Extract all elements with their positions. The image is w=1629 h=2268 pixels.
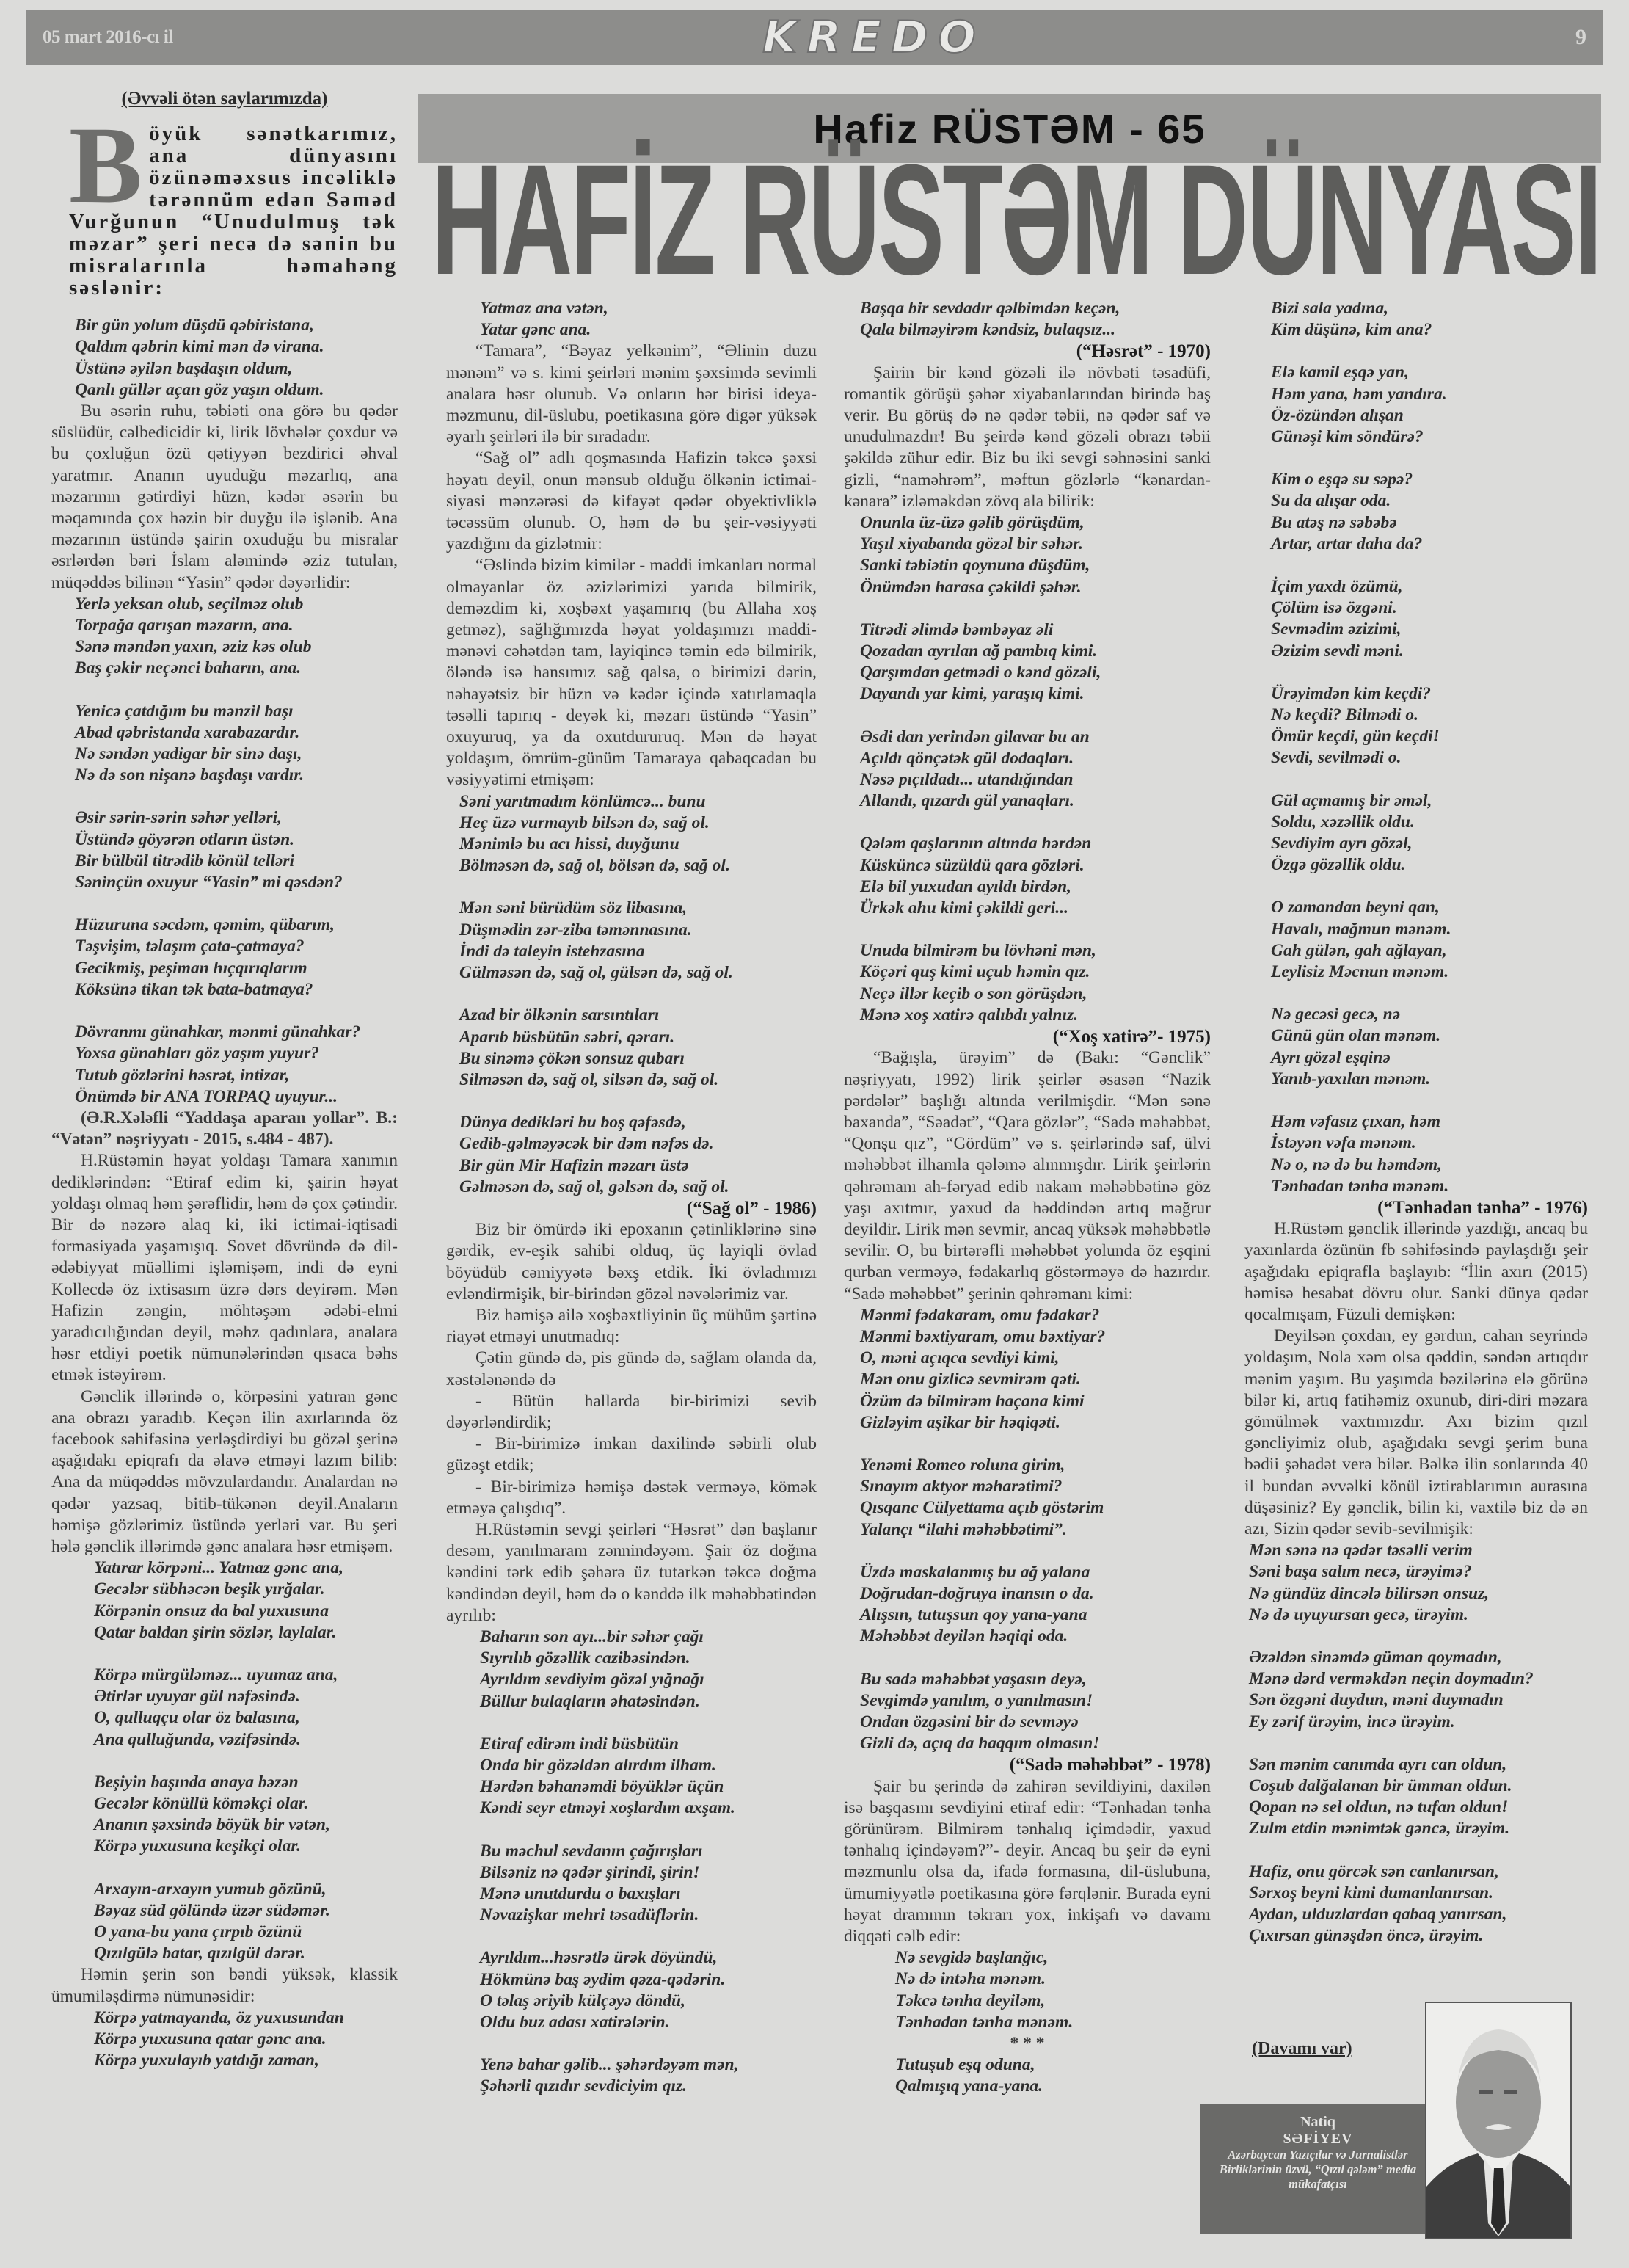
verse-line: Abad qəbristanda xarabazardır.: [75, 722, 398, 744]
body-paragraph: Bu əsərin ruhu, təbiəti ona görə bu qədə…: [51, 401, 398, 594]
verse-line: Qozadan ayrılan ağ pambıq kimi.: [860, 641, 1211, 662]
verse-line: Yenə bahar gəlib... şəhərdəyəm mən,: [480, 2054, 817, 2076]
portrait-image: [1426, 2003, 1570, 2238]
verse-line: Büllur bulaqların əhatəsindən.: [480, 1691, 817, 1712]
verse-line: İçim yaxdı özümü,: [1271, 576, 1588, 597]
verse-line: Əsir sərin-sərin səhər yelləri,: [75, 807, 398, 829]
verse-line: İstəyən vəfa mənəm.: [1271, 1133, 1588, 1154]
verse-line: Titrədi əlimdə bəmbəyaz əli: [860, 619, 1211, 641]
verse-line: Sevmədim əzizimi,: [1271, 619, 1588, 640]
poem-stanza: Elə kamil eşqə yan,Həm yana, həm yandıra…: [1271, 362, 1588, 448]
verse-line: Onunla üz-üzə gəlib görüşdüm,: [860, 512, 1211, 534]
stanza-gap: [844, 1541, 1211, 1562]
stanza-gap: [446, 1926, 817, 1947]
poem-stanza: Əzəldən sinəmdə güman qoymadın,Mənə dərd…: [1249, 1647, 1588, 1733]
verse-line: Gedib-gəlməyəcək bir dəm nəfəs də.: [459, 1133, 817, 1155]
poem-stanza: Yenə bahar gəlib... şəhərdəyəm mən,Şəhər…: [480, 2054, 817, 2097]
verse-line: Sanki təbiətin qoynuna düşdüm,: [860, 555, 1211, 576]
poem-stanza: Qələm qaşlarının altında hərdənKüsküncə …: [860, 833, 1211, 919]
verse-line: Ayrı gözəl eşqinə: [1271, 1047, 1588, 1069]
poem-stanza: Səni yarıtmadım könlümcə... bunuHeç üzə …: [459, 791, 817, 877]
body-paragraph: Deyilsən çoxdan, ey gərdun, cahan seyrin…: [1244, 1326, 1588, 1540]
poem-stanza: Ürəyimdən kim keçdi?Nə keçdi? Bilmədi o.…: [1271, 683, 1588, 769]
verse-line: Dövranmı günahkar, mənmi günahkar?: [75, 1022, 398, 1043]
verse-line: Sevdi, sevilmədi o.: [1271, 747, 1588, 768]
body-paragraph: - Bir-birimizə həmişə dəstək verməyə, kö…: [446, 1477, 817, 1519]
verse-line: Alışsın, tutuşsun qoy yana-yana: [860, 1604, 1211, 1626]
poem-stanza: Yatırar körpəni... Yatmaz gənc ana,Gecəl…: [94, 1558, 398, 1643]
verse-line: Gizləyim aşikar bir həqiqəti.: [860, 1412, 1211, 1433]
stanza-gap: [844, 919, 1211, 940]
poem-stanza: Yenəmi Romeo roluna girim,Sınayım aktyor…: [860, 1455, 1211, 1541]
verse-line: Dayandı yar kimi, yaraşıq kimi.: [860, 683, 1211, 705]
stanza-gap: [51, 1858, 398, 1879]
verse-line: Bu sadə məhəbbət yaşasın deyə,: [860, 1669, 1211, 1690]
column-2: Yatmaz ana vətən,Yatar gənc ana. “Tamara…: [446, 298, 817, 2098]
verse-line: Ürəyimdən kim keçdi?: [1271, 683, 1588, 705]
verse-line: Yenicə çatdığım bu mənzil başı: [75, 701, 398, 722]
verse-line: Etiraf edirəm indi büsbütün: [480, 1734, 817, 1755]
verse-line: Bəyaz süd gölündə üzər südəmər.: [94, 1900, 398, 1922]
verse-line: Qarşımdan getmədi o kənd gözəli,: [860, 662, 1211, 683]
verse-line: Zulm etdin mənimtək gəncə, ürəyim.: [1249, 1818, 1588, 1839]
verse-line: Sevdiyim ayrı gözəl,: [1271, 833, 1588, 854]
verse-line: Bir gün yolum düşdü qəbiristana,: [75, 315, 398, 336]
verse-line: Üzdə maskalanmış bu ağ yalana: [860, 1562, 1211, 1583]
verse-line: Köksünə tikan tək bata-batmaya?: [75, 979, 398, 1000]
poem-stanza: Nə gecəsi gecə, nəGünü gün olan mənəm.Ay…: [1271, 1004, 1588, 1090]
poem-source: (“Xoş xatirə”- 1975): [844, 1026, 1211, 1047]
poem-stanza: Hafiz, onu görcək sən canlanırsan,Sərxoş…: [1249, 1861, 1588, 1947]
verse-line: Səni başa salım necə, ürəyimə?: [1249, 1561, 1588, 1582]
intro-paragraph: Böyük sənətkarımız, ana dünyasını özünəm…: [69, 123, 398, 299]
verse-line: O, qulluqçu olar öz balasına,: [94, 1707, 398, 1729]
verse-line: Üstündə göyərən otların üstən.: [75, 829, 398, 851]
verse-line: Bu məchul sevdanın çağırışları: [480, 1841, 817, 1862]
stanza-gap: [1244, 662, 1588, 683]
stanza-gap: [51, 680, 398, 701]
poem-stanza: Arxayın-arxayın yumub gözünü,Bəyaz süd g…: [94, 1879, 398, 1965]
body-paragraph: - Bütün hallarda bir-birimizi sevib dəyə…: [446, 1391, 817, 1433]
section-separator: * * *: [844, 2033, 1211, 2054]
verse-line: Gül açmamış bir əməl,: [1271, 790, 1588, 812]
verse-line: Çölüm isə özgəni.: [1271, 597, 1588, 619]
verse-line: Mənmi fədakaram, omu fədakar?: [860, 1305, 1211, 1326]
stanza-gap: [844, 812, 1211, 833]
stanza-gap: [446, 876, 817, 898]
poem-stanza: Başqa bir sevdadır qəlbimdən keçən,Qala …: [860, 298, 1211, 341]
verse-line: Köçəri quş kimi uçub həmin qız.: [860, 962, 1211, 983]
stanza-gap: [1244, 341, 1588, 362]
stanza-gap: [1244, 876, 1588, 897]
verse-line: Nə gecəsi gecə, nə: [1271, 1004, 1588, 1025]
verse-line: Özgə gözəllik oldu.: [1271, 854, 1588, 876]
verse-line: Kəndi seyr etməyi xoşlardım axşam.: [480, 1798, 817, 1819]
verse-line: Yalançı “ilahi məhəbbətimi”.: [860, 1519, 1211, 1541]
verse-line: Dünya dedikləri bu boş qəfəsdə,: [459, 1112, 817, 1133]
poem: Səni yarıtmadım könlümcə... bunuHeç üzə …: [446, 791, 817, 1198]
issue-date: 05 mart 2016-cı il: [43, 27, 173, 48]
verse-line: Çıxırsan günəşdən öncə, ürəyim.: [1249, 1925, 1588, 1947]
poem-stanza: Bu məchul sevdanın çağırışlarıBilsəniz n…: [480, 1841, 817, 1927]
verse-line: Yerlə yeksan olub, seçilməz olub: [75, 594, 398, 615]
poem: Yerlə yeksan olub, seçilməz olubTorpağa …: [51, 594, 398, 1108]
body-paragraph: H.Rüstəmin həyat yoldaşı Tamara xanımın …: [51, 1150, 398, 1386]
verse-line: Tənhadan tənha mənəm.: [1271, 1176, 1588, 1197]
stanza-gap: [1244, 1090, 1588, 1111]
stanza-gap: [446, 1820, 817, 1841]
verse-line: Qızılgülə batar, qızılgül dərər.: [94, 1943, 398, 1964]
verse-line: Leylisiz Məcnun mənəm.: [1271, 962, 1588, 983]
poem-stanza: Üzdə maskalanmış bu ağ yalanaDoğrudan-do…: [860, 1562, 1211, 1648]
verse-line: Qalmışıq yana-yana.: [895, 2076, 1211, 2097]
verse-line: Sevgimdə yanılım, o yanılmasın!: [860, 1690, 1211, 1712]
citation: (Ə.R.Xələfli “Yaddaşa aparan yollar”. B.…: [51, 1108, 398, 1150]
verse-line: Ömür keçdi, gün keçdi!: [1271, 726, 1588, 747]
stanza-gap: [51, 1751, 398, 1772]
poem-stanza: İçim yaxdı özümü,Çölüm isə özgəni.Sevməd…: [1271, 576, 1588, 662]
verse-line: Günəşi kim söndürə?: [1271, 426, 1588, 448]
verse-line: Artar, artar daha da?: [1271, 534, 1588, 555]
verse-line: Nə keçdi? Bilmədi o.: [1271, 705, 1588, 726]
verse-line: Bilsəniz nə qədər şirindi, şirin!: [480, 1862, 817, 1883]
verse-line: Onda bir gözəldən alırdım ilham.: [480, 1755, 817, 1776]
verse-line: Qaldım qəbrin kimi mən də virana.: [75, 336, 398, 357]
verse-line: Bu atəş nə səbəbə: [1271, 512, 1588, 534]
verse-line: Məhəbbət deyilən həqiqi oda.: [860, 1626, 1211, 1647]
verse-line: Yanıb-yaxılan mənəm.: [1271, 1069, 1588, 1090]
verse-line: Mən sənə nə qədər təsəlli verim: [1249, 1540, 1588, 1561]
column-3: Başqa bir sevdadır qəlbimdən keçən,Qala …: [844, 298, 1211, 2098]
verse-line: Yatırar körpəni... Yatmaz gənc ana,: [94, 1558, 398, 1579]
verse-line: Nə gündüz dincələ bilirsən onsuz,: [1249, 1583, 1588, 1604]
verse-line: Beşiyin başında anaya bəzən: [94, 1772, 398, 1793]
verse-line: Öz-özündən alışan: [1271, 405, 1588, 426]
poem-stanza: Unuda bilmirəm bu lövhəni mən,Köçəri quş…: [860, 940, 1211, 1026]
verse-line: Nəvazişkar mehri təsadüflərin.: [480, 1905, 817, 1926]
verse-line: Nə səndən yadigar bir sinə daşı,: [75, 744, 398, 765]
stanza-gap: [446, 1091, 817, 1112]
verse-line: Kim o eşqə su səpə?: [1271, 469, 1588, 490]
body-paragraph: Şairin bir kənd gözəli ilə növbəti təsad…: [844, 363, 1211, 512]
verse-line: Üstünə əyilən başdaşın oldum,: [75, 358, 398, 379]
poem-stanza: Həm vəfasız çıxan, həmİstəyən vəfa mənəm…: [1271, 1111, 1588, 1197]
verse-line: Körpənin onsuz da bal yuxusuna: [94, 1601, 398, 1622]
poem-stanza: Körpə mürgüləməz... uyumaz ana,Ətirlər u…: [94, 1665, 398, 1751]
body-paragraph: “Sağ ol” adlı qoşmasında Hafizin təkcə ş…: [446, 448, 817, 555]
verse-line: O yana-bu yana çırpıb özünü: [94, 1922, 398, 1943]
verse-line: Gecikmiş, peşiman hıçqırıqlarım: [75, 958, 398, 979]
verse-line: Səninçün oxuyur “Yasin” mi qəsdən?: [75, 872, 398, 893]
verse-line: Havalı, mağmun mənəm.: [1271, 919, 1588, 940]
verse-line: Nə də uyuyursan gecə, ürəyim.: [1249, 1604, 1588, 1626]
verse-line: Mənə xoş xatirə qalıbdı yalnız.: [860, 1005, 1211, 1026]
newspaper-logo: KREDO: [762, 12, 986, 63]
verse-line: Unuda bilmirəm bu lövhəni mən,: [860, 940, 1211, 962]
verse-line: Bu sinəmə çökən sonsuz qubarı: [459, 1048, 817, 1069]
stanza-gap: [446, 1712, 817, 1734]
verse-line: Ürkək ahu kimi çəkildi geri...: [860, 898, 1211, 919]
verse-line: Azad bir ölkənin sarsıntıları: [459, 1005, 817, 1026]
poem-stanza: Kim o eşqə su səpə?Su da alışar oda.Bu a…: [1271, 469, 1588, 555]
verse-line: Gizli də, açıq da haqqım olmasın!: [860, 1733, 1211, 1754]
stanza-gap: [844, 705, 1211, 727]
verse-line: Qanlı güllər açan göz yaşın oldum.: [75, 379, 398, 401]
verse-line: Təkcə tənha deyiləm,: [895, 1991, 1211, 2012]
poem-stanza: Yenicə çatdığım bu mənzil başıAbad qəbri…: [75, 701, 398, 787]
drop-cap: B: [69, 124, 145, 211]
poem-source: (“Həsrət” - 1970): [844, 341, 1211, 362]
verse-line: Arxayın-arxayın yumub gözünü,: [94, 1879, 398, 1900]
verse-line: Allandı, qızardı gül yanaqları.: [860, 790, 1211, 812]
verse-line: Neçə illər keçib o son görüşdən,: [860, 984, 1211, 1005]
poem-stanza: Mənmi fədakaram, omu fədakar?Mənmi bəxti…: [860, 1305, 1211, 1433]
poem-stanza: Yatmaz ana vətən,Yatar gənc ana.: [480, 298, 817, 341]
verse-line: Nə o, nə də bu həmdəm,: [1271, 1155, 1588, 1176]
poem: Baharın son ayı...bir səhər çağıSıyrılıb…: [446, 1627, 817, 2098]
stanza-gap: [844, 598, 1211, 619]
poem-stanza: Bu sadə məhəbbət yaşasın deyə,Sevgimdə y…: [860, 1669, 1211, 1755]
verse-line: Gah gülən, gah ağlayan,: [1271, 940, 1588, 962]
verse-line: Mən səni bürüdüm söz libasına,: [459, 898, 817, 919]
verse-line: Ananın şəxsində böyük bir vətən,: [94, 1814, 398, 1836]
verse-line: Hafiz, onu görcək sən canlanırsan,: [1249, 1861, 1588, 1883]
verse-line: Baş çəkir neçənci baharın, ana.: [75, 658, 398, 679]
stanza-gap: [51, 1643, 398, 1665]
author-last-name: SƏFİYEV: [1200, 2130, 1435, 2148]
verse-line: Qısqanc Cülyettama açıb göstərim: [860, 1497, 1211, 1519]
verse-line: Gecələr sübhəcən beşik yırğalar.: [94, 1579, 398, 1600]
verse-line: Coşub dalğalanan bir ümman oldun.: [1249, 1775, 1588, 1797]
body-paragraph: “Tamara”, “Bəyaz yelkənim”, “Əlinin duzu…: [446, 341, 817, 448]
verse-line: Körpə yuxusuna qatar gənc ana.: [94, 2029, 398, 2050]
body-paragraph: Şair bu şerində də zahirən sevildiyini, …: [844, 1776, 1211, 1948]
page-number: 9: [1575, 25, 1586, 50]
poem-stanza: Dövranmı günahkar, mənmi günahkar?Yoxsa …: [75, 1022, 398, 1108]
poem: Yatırar körpəni... Yatmaz gənc ana,Gecəl…: [51, 1558, 398, 1964]
verse-line: İndi də taleyin istehzasına: [459, 941, 817, 962]
verse-line: Bölməsən də, sağ ol, bölsən də, sağ ol.: [459, 855, 817, 876]
stanza-gap: [1244, 1626, 1588, 1647]
stanza-gap: [1244, 1733, 1588, 1754]
verse-line: Nə də intəha mənəm.: [895, 1969, 1211, 1990]
poem: Onunla üz-üzə gəlib görüşdüm,Yaşıl xiyab…: [844, 512, 1211, 1026]
author-first-name: Natiq: [1200, 2114, 1435, 2130]
verse-line: Bir bülbül titrədib könül telləri: [75, 851, 398, 872]
poem-stanza: Bir gün yolum düşdü qəbiristana,Qaldım q…: [75, 315, 398, 401]
poem-stanza: Əsdi dan yerindən gilavar bu anAçıldı qö…: [860, 727, 1211, 813]
verse-line: Nə sevgidə başlanğıc,: [895, 1947, 1211, 1969]
verse-line: Heç üzə vurmayıb bilsən də, sağ ol.: [459, 813, 817, 834]
verse-line: Gecələr könüllü köməkçi olar.: [94, 1793, 398, 1814]
verse-line: Qopan nə sel oldun, nə tufan oldun!: [1249, 1797, 1588, 1818]
verse-line: Nə də son nişanə başdaşı vardır.: [75, 765, 398, 786]
author-photo: [1425, 2002, 1572, 2239]
verse-line: Ondan özgəsini bir də sevməyə: [860, 1712, 1211, 1733]
verse-line: Kim düşünə, kim ana?: [1271, 319, 1588, 341]
verse-line: Soldu, xəzəllik oldu.: [1271, 812, 1588, 833]
poem-source: (“Tənhadan tənha” - 1976): [1244, 1197, 1588, 1218]
body-paragraph: Gənclik illərində o, körpəsini yatıran g…: [51, 1386, 398, 1558]
verse-line: Torpağa qarışan məzarın, ana.: [75, 615, 398, 636]
stanza-gap: [446, 984, 817, 1005]
verse-line: Sən mənim canımda ayrı can oldun,: [1249, 1754, 1588, 1775]
verse-line: Mənimlə bu acı hissi, duyğunu: [459, 834, 817, 855]
stanza-gap: [446, 2033, 817, 2054]
stanza-gap: [1244, 769, 1588, 790]
verse-line: Elə kamil eşqə yan,: [1271, 362, 1588, 383]
verse-line: Sən özgəni duydun, məni duymadın: [1249, 1690, 1588, 1711]
body-paragraph: Çətin gündə də, pis gündə də, sağlam ola…: [446, 1348, 817, 1390]
verse-line: Şəhərli qızıdır sevdiciyim qız.: [480, 2076, 817, 2097]
poem-stanza: Bizi sala yadına,Kim düşünə, kim ana?: [1271, 298, 1588, 341]
newspaper-page: 05 mart 2016-cı il KREDO 9 Hafiz RÜSTƏM …: [0, 0, 1629, 2268]
verse-line: O, məni açıqca sevdiyi kimi,: [860, 1348, 1211, 1369]
verse-line: Hökmünə baş əydim qəza-qədərin.: [480, 1969, 817, 1991]
verse-line: Körpə yuxusuna keşikçi olar.: [94, 1836, 398, 1857]
verse-line: Yatmaz ana vətən,: [480, 298, 817, 319]
verse-line: Silməsən də, sağ ol, silsən də, sağ ol.: [459, 1069, 817, 1091]
poem: Mən sənə nə qədər təsəlli verimSəni başa…: [1244, 1540, 1588, 1947]
poem-stanza: Baharın son ayı...bir səhər çağıSıyrılıb…: [480, 1627, 817, 1712]
verse-line: Düşmədin zər-ziba təmənnasına.: [459, 920, 817, 941]
author-description: Azərbaycan Yazıçılar və Jurnalistlər Bir…: [1200, 2148, 1435, 2192]
poem-stanza: Dünya dedikləri bu boş qəfəsdə,Gedib-gəl…: [459, 1112, 817, 1198]
verse-line: Baharın son ayı...bir səhər çağı: [480, 1627, 817, 1648]
verse-line: O zamandan beyni qan,: [1271, 897, 1588, 918]
poem-stanza: Əsir sərin-sərin səhər yelləri,Üstündə g…: [75, 807, 398, 893]
body-paragraph: H.Rüstəmin sevgi şeirləri “Həsrət” dən b…: [446, 1519, 817, 1627]
verse-line: Gəlməsən də, sağ ol, gəlsən də, sağ ol.: [459, 1177, 817, 1198]
stanza-gap: [51, 786, 398, 807]
stanza-gap: [1244, 1840, 1588, 1861]
verse-line: Doğrudan-doğruya inansın o da.: [860, 1583, 1211, 1604]
column-4: Bizi sala yadına,Kim düşünə, kim ana?Elə…: [1244, 298, 1588, 1947]
verse-line: Əzəldən sinəmdə güman qoymadın,: [1249, 1647, 1588, 1668]
poem-source: (“Sadə məhəbbət” - 1978): [844, 1754, 1211, 1775]
verse-line: Körpə mürgüləməz... uyumaz ana,: [94, 1665, 398, 1686]
verse-line: Hərdən bəhanəmdi böyüklər üçün: [480, 1776, 817, 1798]
poem-stanza: Gül açmamış bir əməl,Soldu, xəzəllik old…: [1271, 790, 1588, 876]
verse-line: Qatar baldan şirin sözlər, laylalar.: [94, 1622, 398, 1643]
verse-line: Həm vəfasız çıxan, həm: [1271, 1111, 1588, 1133]
verse-line: Əsdi dan yerindən gilavar bu an: [860, 727, 1211, 748]
verse-line: Sənə məndən yaxın, əziz kəs olub: [75, 636, 398, 658]
verse-line: Mənə dərd verməkdən neçin doymadın?: [1249, 1668, 1588, 1690]
verse-line: Günü gün olan mənəm.: [1271, 1025, 1588, 1047]
verse-line: Yaşıl xiyabanda gözəl bir səhər.: [860, 534, 1211, 555]
verse-line: Bir gün Mir Hafizin məzarı üstə: [459, 1155, 817, 1177]
verse-line: Həm yana, həm yandıra.: [1271, 384, 1588, 405]
poem: Bizi sala yadına,Kim düşünə, kim ana?Elə…: [1244, 298, 1588, 1197]
body-paragraph: “Bağışla, ürəyim” də (Bakı: “Gənclik” nə…: [844, 1047, 1211, 1304]
verse-line: O təlaş əriyib külçəyə döndü,: [480, 1991, 817, 2012]
verse-line: Sınayım aktyor məharətimi?: [860, 1476, 1211, 1497]
stanza-gap: [1244, 983, 1588, 1004]
verse-line: Mən onu gizlicə sevmirəm qəti.: [860, 1369, 1211, 1390]
poem-source: (“Sağ ol” - 1986): [446, 1198, 817, 1219]
poem-stanza: Mən sənə nə qədər təsəlli verimSəni başa…: [1249, 1540, 1588, 1626]
verse-line: Ayrıldım sevdiyim gözəl yığnağı: [480, 1669, 817, 1690]
verse-line: Təşvişim, təlaşım çata-çatmaya?: [75, 936, 398, 957]
author-byline: Natiq SƏFİYEV Azərbaycan Yazıçılar və Ju…: [1200, 2104, 1435, 2234]
verse-line: Yatar gənc ana.: [480, 319, 817, 341]
poem-stanza: O zamandan beyni qan,Havalı, mağmun mənə…: [1271, 897, 1588, 983]
column-1: (Əvvəli ötən saylarımızda) Böyük sənətka…: [51, 88, 398, 2071]
verse-line: Başqa bir sevdadır qəlbimdən keçən,: [860, 298, 1211, 319]
poem-stanza: Titrədi əlimdə bəmbəyaz əliQozadan ayrıl…: [860, 619, 1211, 705]
verse-line: Əzizim sevdi məni.: [1271, 641, 1588, 662]
verse-line: Bizi sala yadına,: [1271, 298, 1588, 319]
stanza-gap: [1244, 555, 1588, 576]
poem-stanza: Ayrıldım...həsrətlə ürək döyündü,Hökmünə…: [480, 1947, 817, 2033]
verse-line: Tənhadan tənha mənəm.: [895, 2012, 1211, 2033]
verse-line: Aydan, ulduzlardan qabaq yanırsan,: [1249, 1904, 1588, 1925]
poem-stanza: Tutuşub eşq oduna,Qalmışıq yana-yana.: [895, 2054, 1211, 2097]
body-paragraph: - Bir-birimizə imkan daxilində səbirli o…: [446, 1433, 817, 1476]
body-paragraph: “Əslində bizim kimilər - maddi imkanları…: [446, 555, 817, 790]
verse-line: Yoxsa günahları göz yaşım yuyur?: [75, 1043, 398, 1064]
verse-line: Mənmi bəxtiyaram, omu bəxtiyar?: [860, 1326, 1211, 1348]
stanza-gap: [51, 1000, 398, 1022]
verse-line: Yenəmi Romeo roluna girim,: [860, 1455, 1211, 1476]
body-paragraph: Biz həmişə ailə xoşbəxtliyinin üç mühüm …: [446, 1305, 817, 1348]
poem: Mənmi fədakaram, omu fədakar?Mənmi bəxti…: [844, 1305, 1211, 1755]
masthead: 05 mart 2016-cı il KREDO 9: [26, 10, 1603, 65]
body-paragraph: Həmin şerin son bəndi yüksək, klassik üm…: [51, 1964, 398, 2007]
verse-line: Oldu buz adası xatirələrin.: [480, 2012, 817, 2033]
poem-stanza: Yerlə yeksan olub, seçilməz olubTorpağa …: [75, 594, 398, 680]
verse-line: Ətirlər uyuyar gül nəfəsində.: [94, 1686, 398, 1707]
verse-line: Küsküncə süzüldü qara gözləri.: [860, 855, 1211, 876]
verse-line: Ayrıldım...həsrətlə ürək döyündü,: [480, 1947, 817, 1969]
poem-stanza: Beşiyin başında anaya bəzənGecələr könül…: [94, 1772, 398, 1858]
poem-stanza: Mən səni bürüdüm söz libasına,Düşmədin z…: [459, 898, 817, 984]
poem-stanza: Sən mənim canımda ayrı can oldun,Coşub d…: [1249, 1754, 1588, 1840]
verse-line: Özüm də bilmirəm haçana kimi: [860, 1391, 1211, 1412]
poem-stanza: Nə sevgidə başlanğıc,Nə də intəha mənəm.…: [895, 1947, 1211, 2033]
verse-line: Qələm qaşlarının altında hərdən: [860, 833, 1211, 854]
verse-line: Açıldı qönçətək gül dodaqları.: [860, 748, 1211, 769]
stanza-gap: [1244, 448, 1588, 469]
verse-line: Tutub gözlərini həsrət, intizar,: [75, 1065, 398, 1086]
verse-line: Qala bilməyirəm kəndsiz, bulaqsız...: [860, 319, 1211, 341]
verse-line: Aparıb büsbütün səbri, qərarı.: [459, 1027, 817, 1048]
verse-line: Hüzuruna səcdəm, qəmim, qübarım,: [75, 915, 398, 936]
verse-line: Səni yarıtmadım könlümcə... bunu: [459, 791, 817, 813]
stanza-gap: [844, 1648, 1211, 1669]
verse-line: Tutuşub eşq oduna,: [895, 2054, 1211, 2076]
verse-line: Sərxoş beyni kimi dumanlanırsan.: [1249, 1883, 1588, 1904]
verse-line: Körpə yatmayanda, öz yuxusundan: [94, 2007, 398, 2029]
verse-line: Gülməsən də, sağ ol, gülsən də, sağ ol.: [459, 962, 817, 984]
poem-stanza: Azad bir ölkənin sarsıntılarıAparıb büsb…: [459, 1005, 817, 1091]
verse-line: Mənə unutdurdu o baxışları: [480, 1883, 817, 1905]
verse-line: Körpə yuxulayıb yatdığı zaman,: [94, 2050, 398, 2071]
verse-line: Nəsə pıçıldadı... utandığından: [860, 769, 1211, 790]
verse-line: Önümdə bir ANA TORPAQ uyuyur...: [75, 1086, 398, 1108]
verse-line: Su da alışar oda.: [1271, 490, 1588, 512]
continued-note: (Davamı var): [1252, 2039, 1352, 2059]
stanza-gap: [51, 893, 398, 915]
body-paragraph: H.Rüstəm gənclik illərində yazdığı, anca…: [1244, 1218, 1588, 1326]
verse-line: Elə bil yuxudan ayıldı birdən,: [860, 876, 1211, 898]
verse-line: Önümdən harasa çəkildi şəhər.: [860, 577, 1211, 598]
verse-line: Ana qulluğunda, vəzifəsində.: [94, 1729, 398, 1751]
poem-stanza: Körpə yatmayanda, öz yuxusundanKörpə yux…: [94, 2007, 398, 2072]
verse-line: Sıyrılıb gözəllik cazibəsindən.: [480, 1648, 817, 1669]
stanza-gap: [844, 1433, 1211, 1455]
